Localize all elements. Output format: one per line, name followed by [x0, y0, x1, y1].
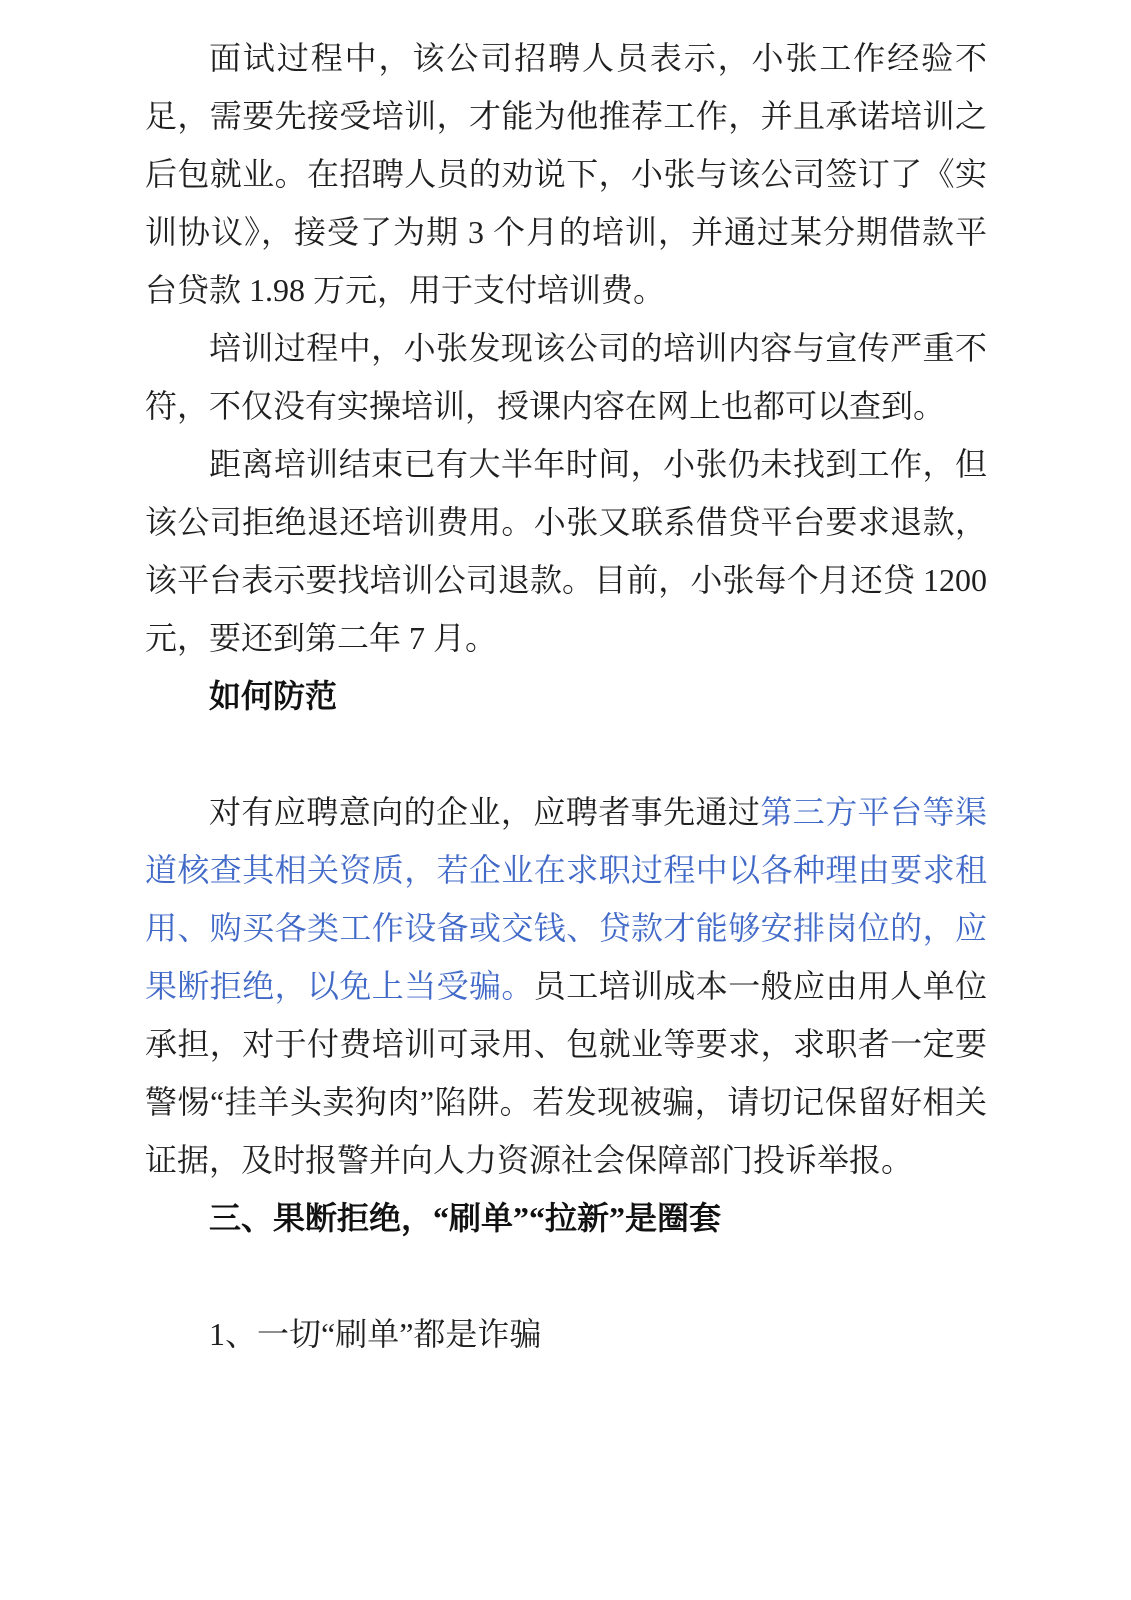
blank-line	[145, 1247, 987, 1305]
prevention-advice-prefix: 对有应聘意向的企业，应聘者事先通过	[209, 794, 760, 830]
paragraph-refund-dispute: 距离培训结束已有大半年时间，小张仍未找到工作，但该公司拒绝退还培训费用。小张又联…	[145, 435, 987, 667]
document-page: 面试过程中，该公司招聘人员表示，小张工作经验不足，需要先接受培训，才能为他推荐工…	[0, 0, 1131, 1600]
paragraph-training-mismatch: 培训过程中，小张发现该公司的培训内容与宣传严重不符，不仅没有实操培训，授课内容在…	[145, 319, 987, 435]
heading-section-three: 三、果断拒绝，“刷单”“拉新”是圈套	[145, 1189, 987, 1247]
blank-line	[145, 725, 987, 783]
subheading-all-brushing-is-fraud: 1、一切“刷单”都是诈骗	[145, 1305, 987, 1363]
paragraph-prevention-advice: 对有应聘意向的企业，应聘者事先通过第三方平台等渠道核查其相关资质，若企业在求职过…	[145, 783, 987, 1189]
paragraph-interview-process: 面试过程中，该公司招聘人员表示，小张工作经验不足，需要先接受培训，才能为他推荐工…	[145, 29, 987, 319]
heading-how-to-prevent: 如何防范	[145, 667, 987, 725]
